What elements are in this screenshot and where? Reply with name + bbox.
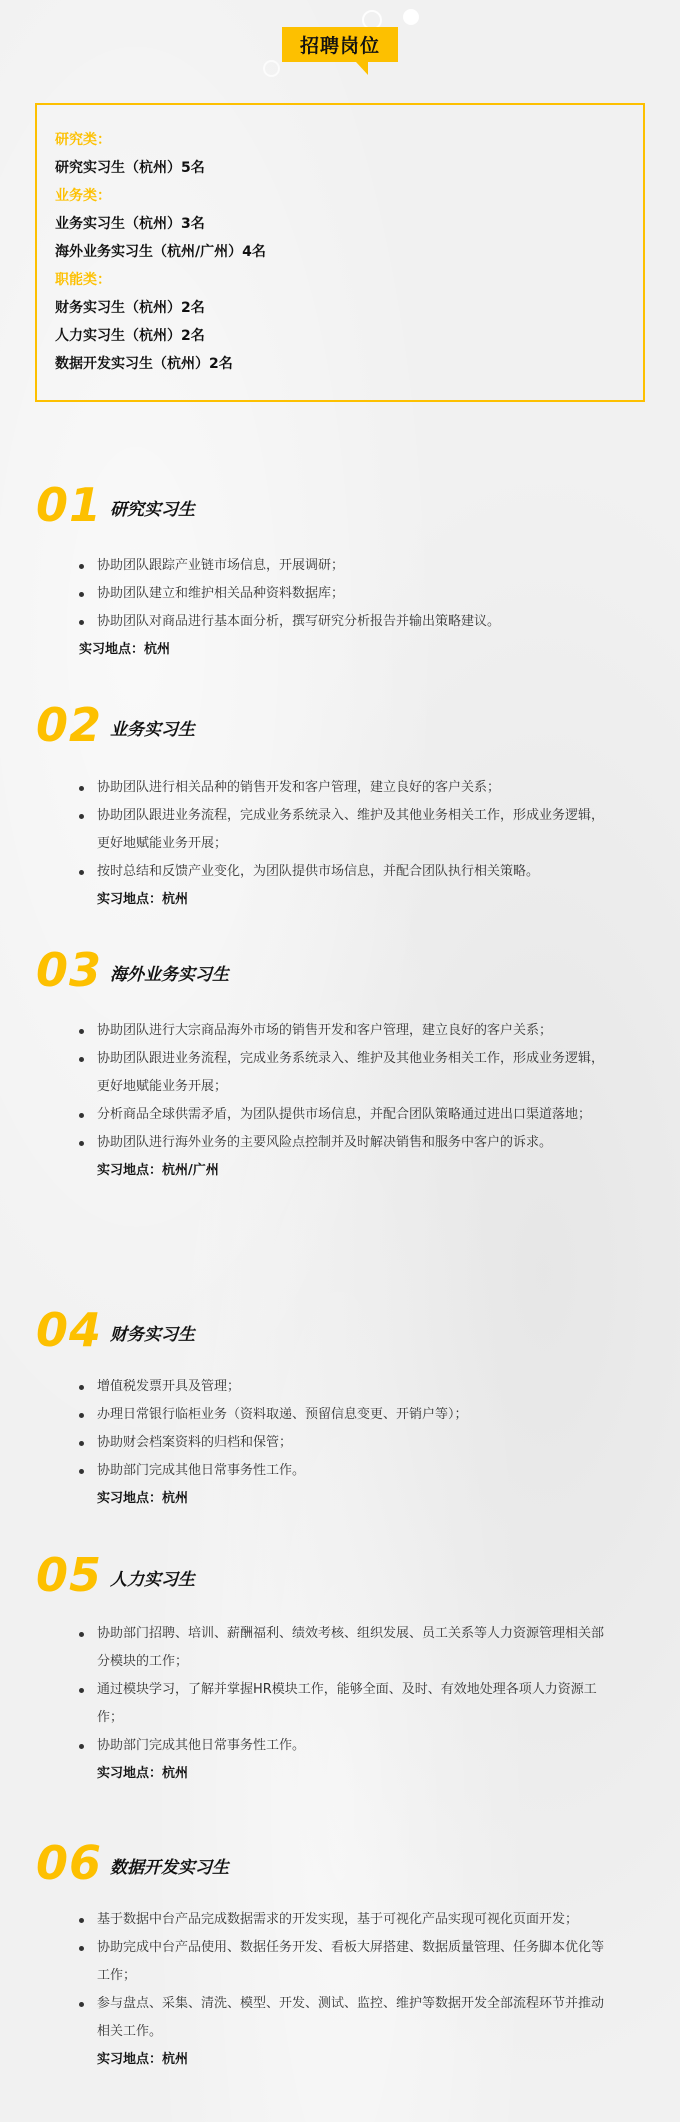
bullet-list: 协助部门招聘、培训、薪酬福利、绩效考核、组织发展、员工关系等人力资源管理相关部分… <box>85 1620 615 1788</box>
section-number: 04 <box>36 1305 102 1355</box>
list-item: 协助团队进行大宗商品海外市场的销售开发和客户管理，建立良好的客户关系； <box>85 1017 615 1045</box>
positions-summary-box: 研究类： 研究实习生（杭州）5名 业务类： 业务实习生（杭州）3名 海外业务实习… <box>35 103 645 402</box>
section-title: 人力实习生 <box>110 1568 195 1592</box>
list-item: 增值税发票开具及管理； <box>85 1373 615 1401</box>
bullet-list: 协助团队进行大宗商品海外市场的销售开发和客户管理，建立良好的客户关系； 协助团队… <box>85 1017 615 1185</box>
section-finance-intern: 04 财务实习生 增值税发票开具及管理； 办理日常银行临柜业务（资料取递、预留信… <box>0 1305 680 1355</box>
list-item: 通过模块学习，了解并掌握HR模块工作，能够全面、及时、有效地处理各项人力资源工作… <box>85 1676 615 1732</box>
location-label: 实习地点：杭州 <box>79 636 615 664</box>
location-label: 实习地点：杭州 <box>85 1485 615 1513</box>
section-header: 01 研究实习生 <box>0 480 680 530</box>
page-title: 招聘岗位 <box>300 31 380 58</box>
list-item: 办理日常银行临柜业务（资料取递、预留信息变更、开销户等）； <box>85 1401 615 1429</box>
list-item: 协助团队对商品进行基本面分析，撰写研究分析报告并输出策略建议。 <box>85 608 615 636</box>
bullet-list: 基于数据中台产品完成数据需求的开发实现，基于可视化产品实现可视化页面开发； 协助… <box>85 1906 615 2074</box>
summary-item: 海外业务实习生（杭州/广州）4名 <box>55 238 625 266</box>
section-title: 财务实习生 <box>110 1323 195 1347</box>
list-item: 基于数据中台产品完成数据需求的开发实现，基于可视化产品实现可视化页面开发； <box>85 1906 615 1934</box>
summary-item: 人力实习生（杭州）2名 <box>55 322 625 350</box>
section-data-dev-intern: 06 数据开发实习生 基于数据中台产品完成数据需求的开发实现，基于可视化产品实现… <box>0 1838 680 1888</box>
summary-category: 研究类： <box>55 126 625 154</box>
section-number: 01 <box>36 480 102 530</box>
section-overseas-business-intern: 03 海外业务实习生 协助团队进行大宗商品海外市场的销售开发和客户管理，建立良好… <box>0 945 680 995</box>
summary-category: 职能类： <box>55 266 625 294</box>
list-item: 协助团队建立和维护相关品种资料数据库； <box>85 580 615 608</box>
section-number: 02 <box>36 700 102 750</box>
bullet-list: 协助团队跟踪产业链市场信息，开展调研； 协助团队建立和维护相关品种资料数据库； … <box>85 552 615 664</box>
bullet-list: 协助团队进行相关品种的销售开发和客户管理，建立良好的客户关系； 协助团队跟进业务… <box>85 774 615 914</box>
list-item: 协助财会档案资料的归档和保管； <box>85 1429 615 1457</box>
section-title: 研究实习生 <box>110 498 195 522</box>
summary-item: 研究实习生（杭州）5名 <box>55 154 625 182</box>
section-header: 03 海外业务实习生 <box>0 945 680 995</box>
section-business-intern: 02 业务实习生 协助团队进行相关品种的销售开发和客户管理，建立良好的客户关系；… <box>0 700 680 750</box>
section-header: 05 人力实习生 <box>0 1550 680 1600</box>
summary-category: 业务类： <box>55 182 625 210</box>
summary-item: 财务实习生（杭州）2名 <box>55 294 625 322</box>
bullet-list: 增值税发票开具及管理； 办理日常银行临柜业务（资料取递、预留信息变更、开销户等）… <box>85 1373 615 1513</box>
location-label: 实习地点：杭州 <box>85 886 615 914</box>
list-item: 协助部门完成其他日常事务性工作。 <box>85 1457 615 1485</box>
decorative-dot <box>403 9 419 25</box>
summary-item: 数据开发实习生（杭州）2名 <box>55 350 625 378</box>
list-item: 协助团队进行相关品种的销售开发和客户管理，建立良好的客户关系； <box>85 774 615 802</box>
list-item: 协助团队跟进业务流程，完成业务系统录入、维护及其他业务相关工作，形成业务逻辑，更… <box>85 1045 615 1101</box>
list-item: 协助部门招聘、培训、薪酬福利、绩效考核、组织发展、员工关系等人力资源管理相关部分… <box>85 1620 615 1676</box>
list-item: 协助完成中台产品使用、数据任务开发、看板大屏搭建、数据质量管理、任务脚本优化等工… <box>85 1934 615 1990</box>
location-label: 实习地点：杭州 <box>85 1760 615 1788</box>
list-item: 协助团队进行海外业务的主要风险点控制并及时解决销售和服务中客户的诉求。 <box>85 1129 615 1157</box>
section-number: 03 <box>36 945 102 995</box>
section-research-intern: 01 研究实习生 协助团队跟踪产业链市场信息，开展调研； 协助团队建立和维护相关… <box>0 480 680 530</box>
section-hr-intern: 05 人力实习生 协助部门招聘、培训、薪酬福利、绩效考核、组织发展、员工关系等人… <box>0 1550 680 1600</box>
section-number: 06 <box>36 1838 102 1888</box>
section-title: 数据开发实习生 <box>110 1856 229 1880</box>
list-item: 按时总结和反馈产业变化，为团队提供市场信息，并配合团队执行相关策略。 <box>85 858 615 886</box>
location-label: 实习地点：杭州/广州 <box>85 1157 615 1185</box>
list-item: 协助团队跟踪产业链市场信息，开展调研； <box>85 552 615 580</box>
section-title: 业务实习生 <box>110 718 195 742</box>
decorative-circle <box>263 60 280 77</box>
list-item: 协助部门完成其他日常事务性工作。 <box>85 1732 615 1760</box>
speech-tail-icon <box>356 62 368 75</box>
page-title-tag: 招聘岗位 <box>282 27 398 62</box>
list-item: 参与盘点、采集、清洗、模型、开发、测试、监控、维护等数据开发全部流程环节并推动相… <box>85 1990 615 2046</box>
section-title: 海外业务实习生 <box>110 963 229 987</box>
section-number: 05 <box>36 1550 102 1600</box>
summary-item: 业务实习生（杭州）3名 <box>55 210 625 238</box>
section-header: 02 业务实习生 <box>0 700 680 750</box>
section-header: 06 数据开发实习生 <box>0 1838 680 1888</box>
list-item: 协助团队跟进业务流程，完成业务系统录入、维护及其他业务相关工作，形成业务逻辑，更… <box>85 802 615 858</box>
section-header: 04 财务实习生 <box>0 1305 680 1355</box>
location-label: 实习地点：杭州 <box>85 2046 615 2074</box>
list-item: 分析商品全球供需矛盾，为团队提供市场信息，并配合团队策略通过进出口渠道落地； <box>85 1101 615 1129</box>
